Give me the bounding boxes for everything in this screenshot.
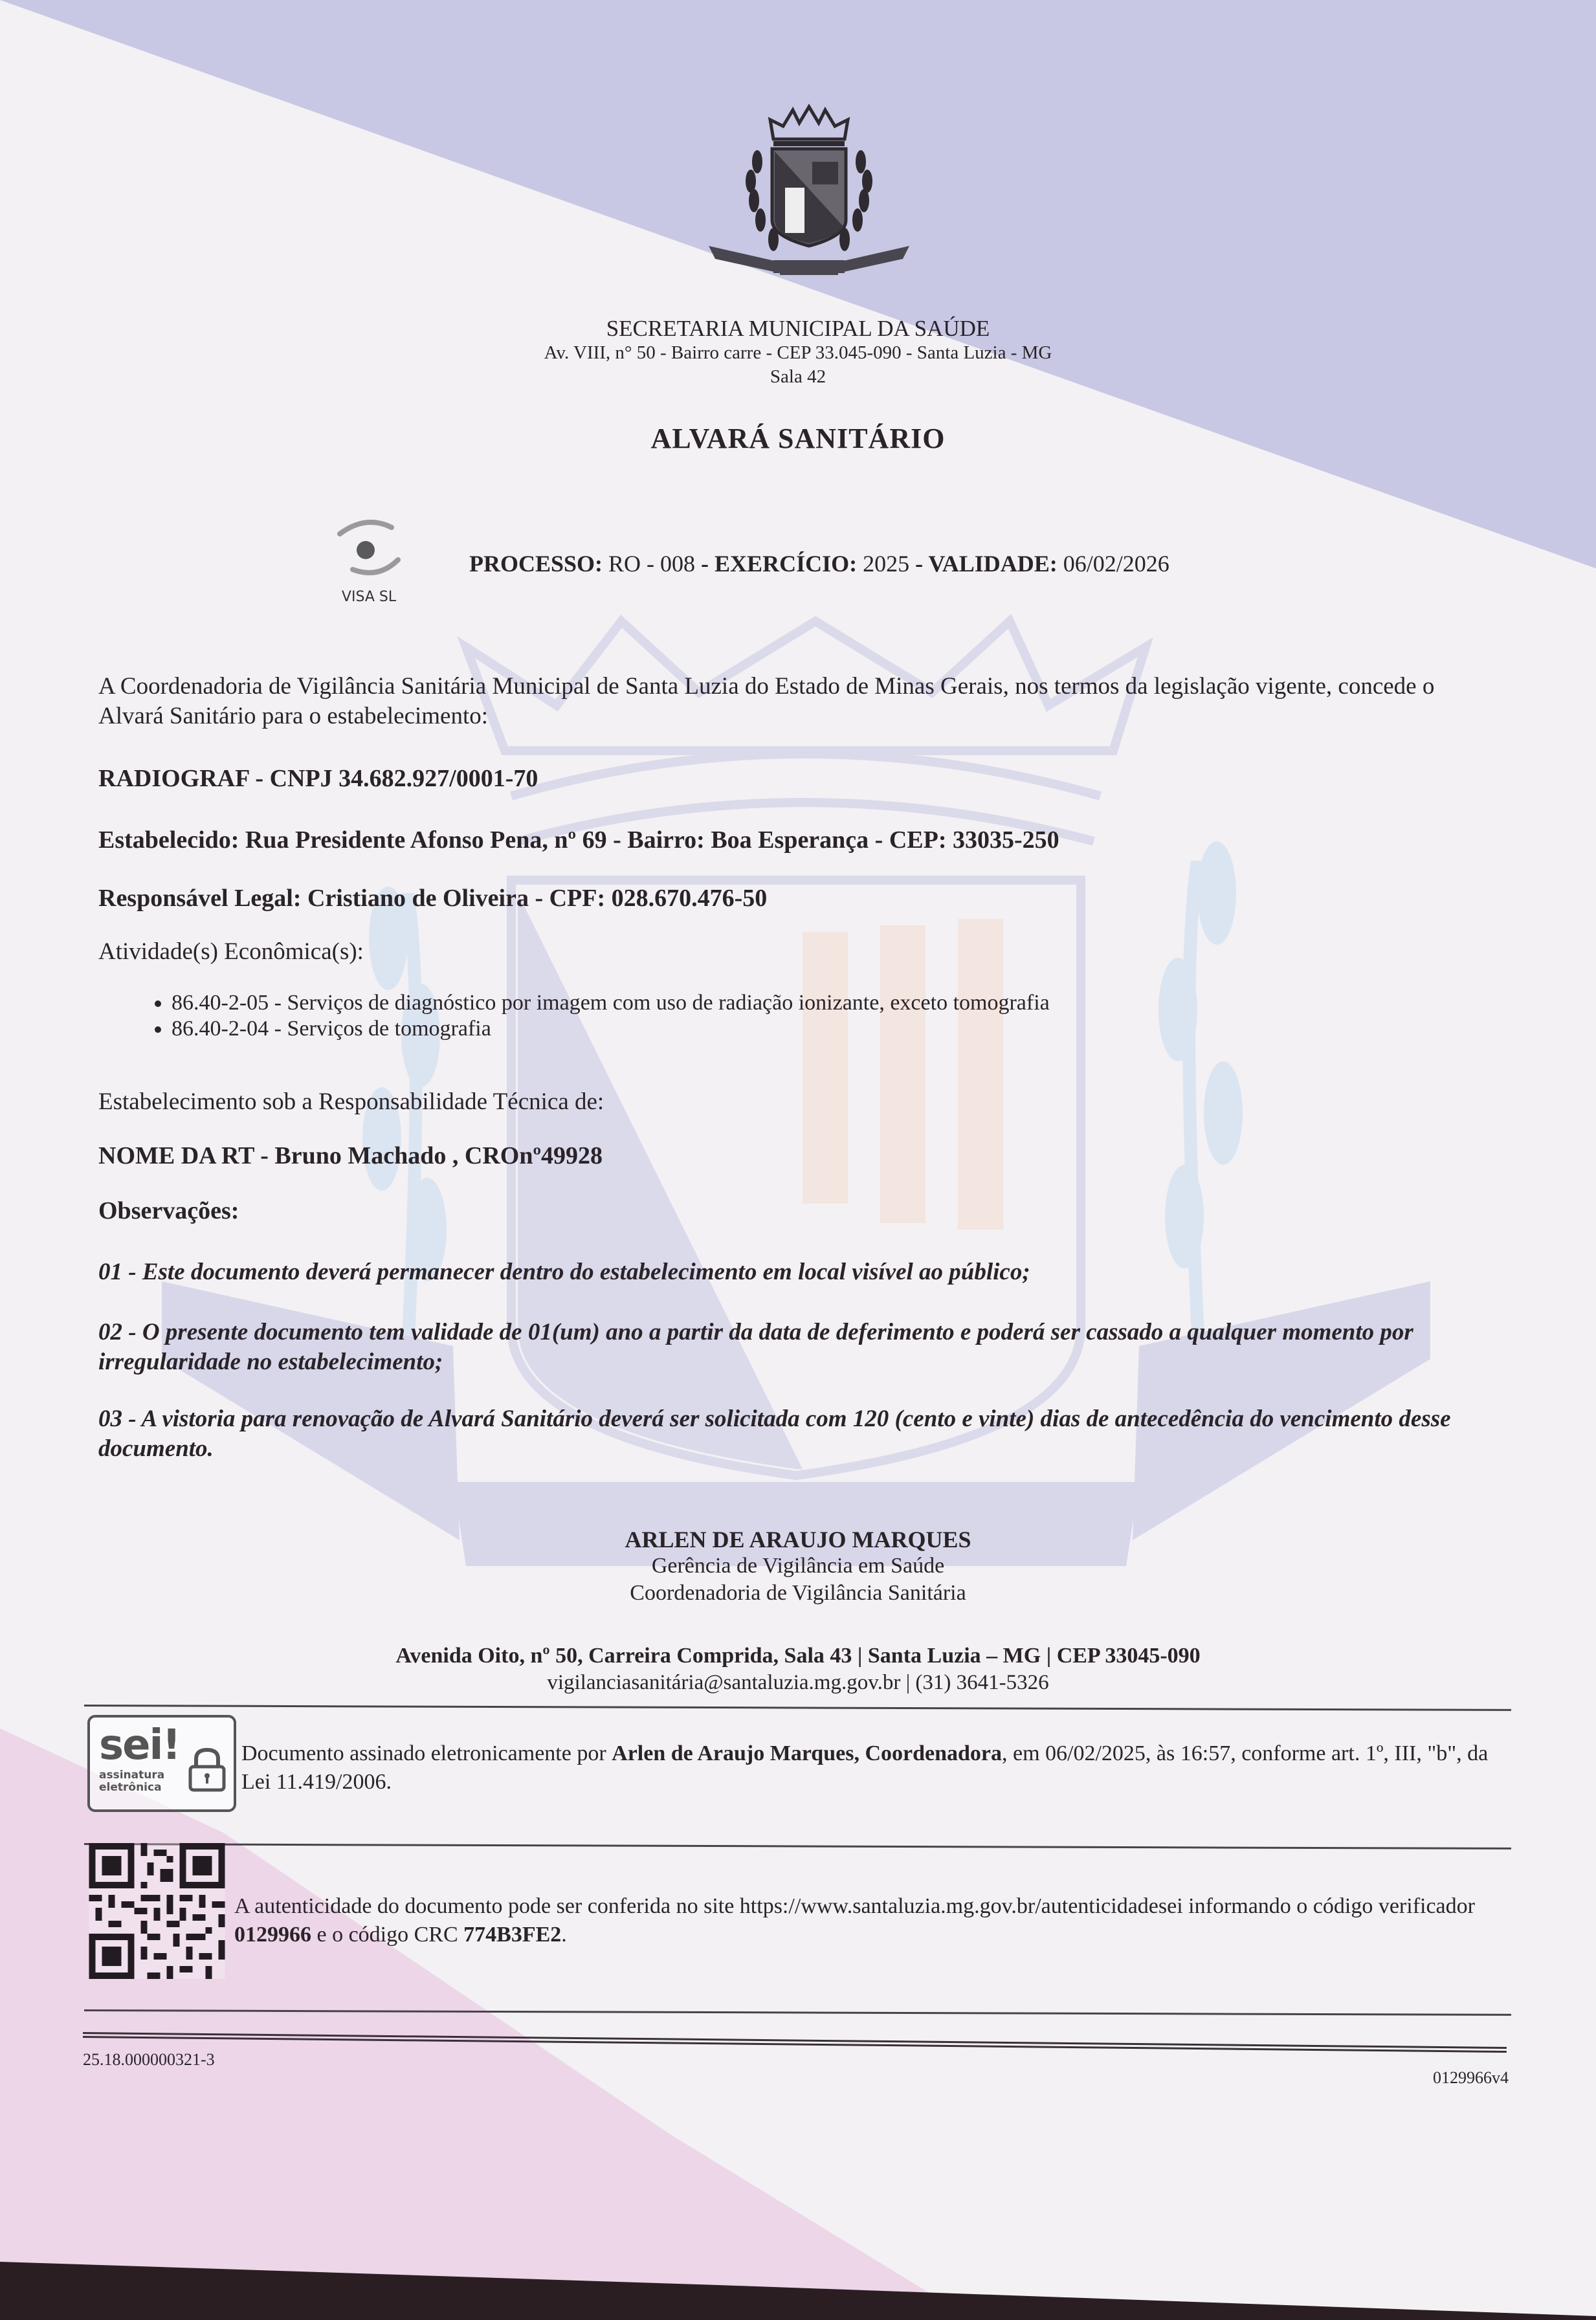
divider — [84, 2009, 1511, 2016]
establishment-address: Estabelecido: Rua Presidente Afonso Pena… — [98, 825, 1490, 855]
department-name: SECRETARIA MUNICIPAL DA SAÚDE — [0, 316, 1596, 342]
document-page: SECRETARIA MUNICIPAL DA SAÚDE Av. VIII, … — [0, 0, 1596, 2320]
activities-label: Atividade(s) Econômica(s): — [98, 937, 1490, 967]
santa-luzia-crest-icon — [696, 91, 922, 278]
double-divider — [83, 2032, 1507, 2053]
footer-address: Avenida Oito, nº 50, Carreira Comprida, … — [0, 1644, 1596, 1668]
visa-label: VISA SL — [327, 589, 411, 605]
authenticity-text: A autenticidade do documento pode ser co… — [234, 1892, 1509, 1949]
activity-item: 86.40-2-04 - Serviços de tomografia — [172, 1016, 1050, 1042]
electronic-signature-text: Documento assinado eletronicamente por A… — [241, 1740, 1510, 1796]
sei-badge-subtitle: assinaturaeletrônica — [99, 1769, 164, 1794]
observation-item: 02 - O presente documento tem validade d… — [98, 1318, 1522, 1377]
signer-bold: Arlen de Araujo Marques, Coordenadora — [612, 1741, 1002, 1765]
technical-responsibility-label: Estabelecimento sob a Responsabilidade T… — [98, 1087, 1490, 1117]
activities-list: 86.40-2-05 - Serviços de diagnóstico por… — [133, 990, 1050, 1042]
crc-code: 774B3FE2 — [463, 1923, 561, 1947]
qr-code-icon[interactable] — [87, 1843, 227, 1979]
process-line: PROCESSO: RO - 008 - EXERCÍCIO: 2025 - V… — [469, 550, 1169, 577]
department-address: Av. VIII, n° 50 - Bairro carre - CEP 33.… — [0, 342, 1596, 364]
observations-label: Observações: — [98, 1196, 1490, 1226]
processo-label: PROCESSO: — [469, 551, 603, 577]
signer-role-2: Coordenadoria de Vigilância Sanitária — [0, 1581, 1596, 1606]
divider — [84, 1843, 1511, 1850]
lock-icon — [187, 1746, 227, 1793]
processo-value: RO - 008 — [608, 551, 695, 577]
observation-item: 03 - A vistoria para renovação de Alvará… — [98, 1404, 1522, 1464]
sei-signature-badge: sei! assinaturaeletrônica — [87, 1715, 236, 1812]
visa-eye-icon — [327, 514, 411, 586]
legal-responsible: Responsável Legal: Cristiano de Oliveira… — [98, 883, 1490, 913]
establishment-name: RADIOGRAF - CNPJ 34.682.927/0001-70 — [98, 764, 1490, 793]
technical-responsible: NOME DA RT - Bruno Machado , CROnº49928 — [98, 1141, 1490, 1171]
intro-paragraph: A Coordenadoria de Vigilância Sanitária … — [98, 672, 1490, 731]
document-title: ALVARÁ SANITÁRIO — [0, 422, 1596, 455]
activity-item: 86.40-2-05 - Serviços de diagnóstico por… — [172, 990, 1050, 1016]
document-version: 0129966v4 — [1433, 2068, 1509, 2088]
signer-name: ARLEN DE ARAUJO MARQUES — [0, 1526, 1596, 1553]
divider — [84, 1705, 1511, 1711]
sei-logo-text: sei! — [99, 1721, 180, 1769]
footer-contact: vigilanciasanitária@santaluzia.mg.gov.br… — [0, 1671, 1596, 1695]
visa-logo: VISA SL — [327, 514, 411, 612]
validade-label: VALIDADE: — [928, 551, 1057, 577]
department-room: Sala 42 — [0, 366, 1596, 388]
exercicio-label: EXERCÍCIO: — [715, 551, 857, 577]
observation-item: 01 - Este documento deverá permanecer de… — [98, 1257, 1490, 1287]
process-number: 25.18.000000321-3 — [83, 2050, 215, 2070]
signer-role-1: Gerência de Vigilância em Saúde — [0, 1554, 1596, 1578]
exercicio-value: 2025 — [863, 551, 909, 577]
validade-value: 06/02/2026 — [1063, 551, 1169, 577]
verifier-code: 0129966 — [234, 1923, 311, 1947]
